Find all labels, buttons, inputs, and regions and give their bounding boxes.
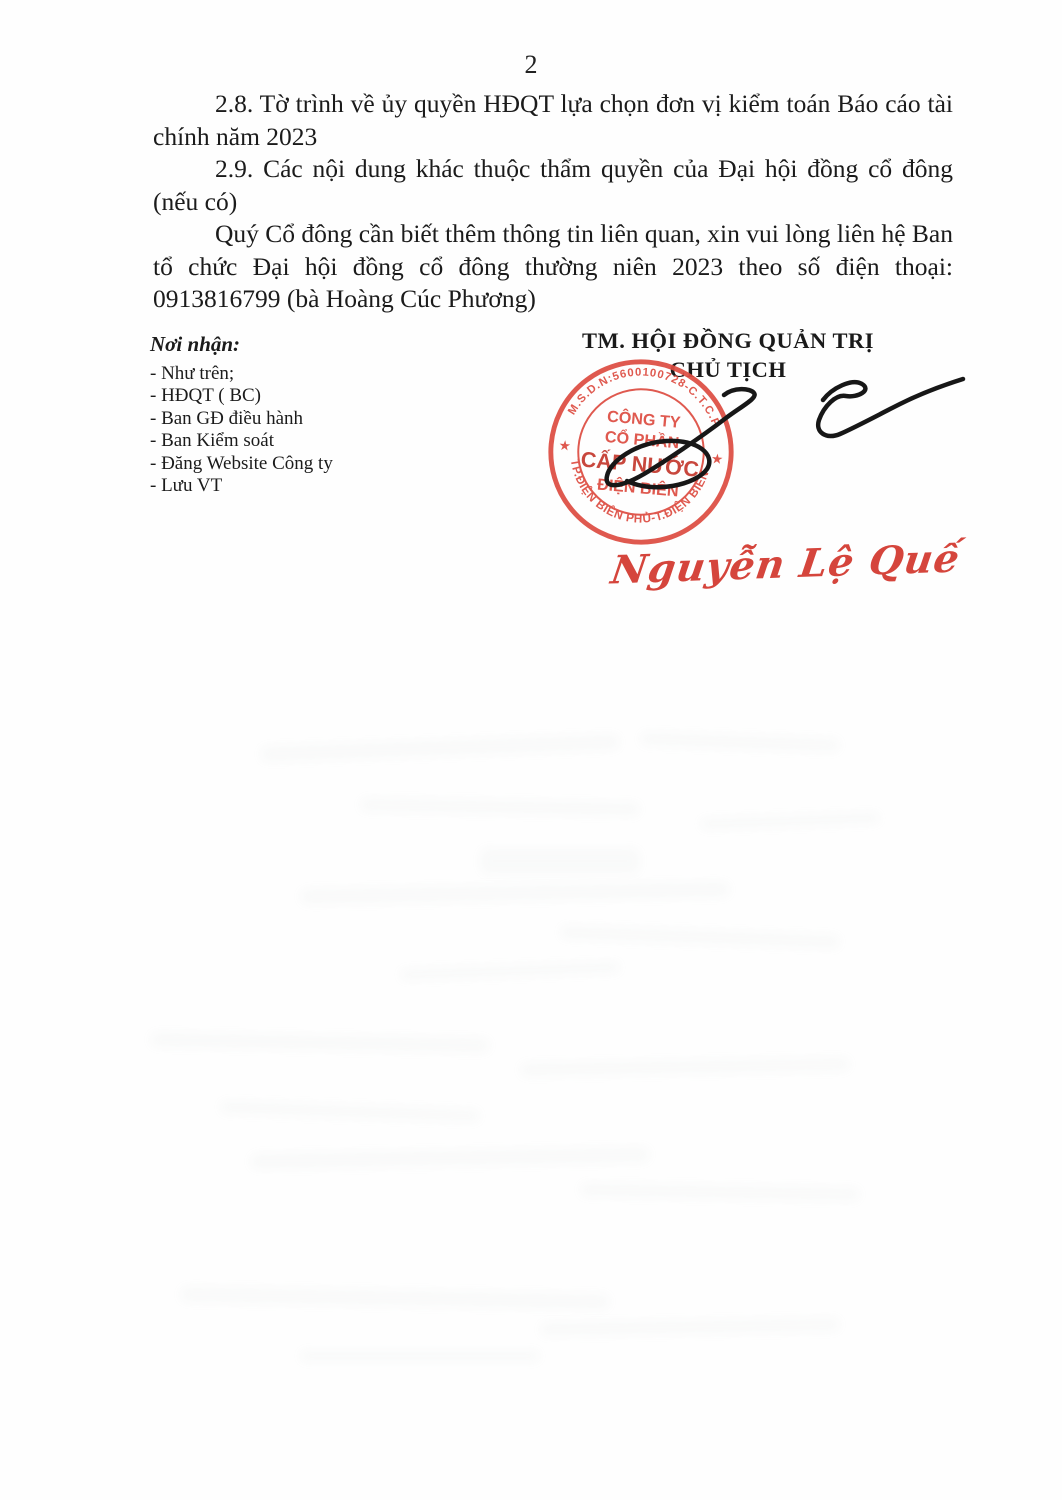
signature-stroke-main: [607, 389, 755, 487]
bleedthrough-artifact: [540, 1317, 840, 1336]
bleedthrough-artifact: [580, 1183, 860, 1202]
signature-stroke-flourish: [818, 379, 963, 436]
bleedthrough-artifact: [560, 925, 840, 949]
bleedthrough-artifact: [400, 961, 620, 981]
stamp-star-left-icon: ★: [558, 438, 572, 454]
bleedthrough-artifact: [220, 1100, 480, 1122]
bleedthrough-artifact: [640, 732, 840, 753]
recipients-block: Nơi nhận: - Như trên; - HĐQT ( BC) - Ban…: [150, 332, 480, 497]
recipient-item: - Như trên;: [150, 363, 480, 385]
recipient-item: - Đăng Website Công ty: [150, 453, 480, 475]
bleedthrough-artifact: [180, 1286, 610, 1310]
page-number: 2: [0, 50, 1062, 80]
handwritten-signature: [580, 360, 990, 510]
paragraph-2-8: 2.8. Tờ trình về ủy quyền HĐQT lựa chọn …: [153, 88, 953, 153]
document-page: 2 2.8. Tờ trình về ủy quyền HĐQT lựa chọ…: [0, 0, 1062, 1500]
recipient-item: - HĐQT ( BC): [150, 385, 480, 407]
recipients-heading: Nơi nhận:: [150, 332, 480, 357]
signer-name: Nguyễn Lệ Quế: [608, 538, 876, 593]
paragraph-2-9: 2.9. Các nội dung khác thuộc thẩm quyền …: [153, 153, 953, 218]
bleedthrough-artifact: [360, 798, 640, 817]
recipient-item: - Lưu VT: [150, 475, 480, 497]
document-body: 2.8. Tờ trình về ủy quyền HĐQT lựa chọn …: [153, 88, 953, 316]
bleedthrough-artifact: [300, 881, 730, 905]
bleedthrough-artifact: [700, 812, 880, 830]
bleedthrough-artifact: [300, 1350, 540, 1362]
signature-org-line: TM. HỘI ĐỒNG QUẢN TRỊ: [538, 328, 918, 354]
bleedthrough-artifact: [480, 848, 640, 874]
bleedthrough-artifact: [250, 1147, 650, 1170]
bleedthrough-artifact: [150, 1032, 490, 1053]
paragraph-contact: Quý Cổ đông cần biết thêm thông tin liên…: [153, 218, 953, 316]
bleedthrough-artifact: [260, 734, 620, 763]
recipient-item: - Ban Kiểm soát: [150, 430, 480, 452]
bleedthrough-artifact: [520, 1057, 850, 1077]
recipient-item: - Ban GĐ điều hành: [150, 408, 480, 430]
